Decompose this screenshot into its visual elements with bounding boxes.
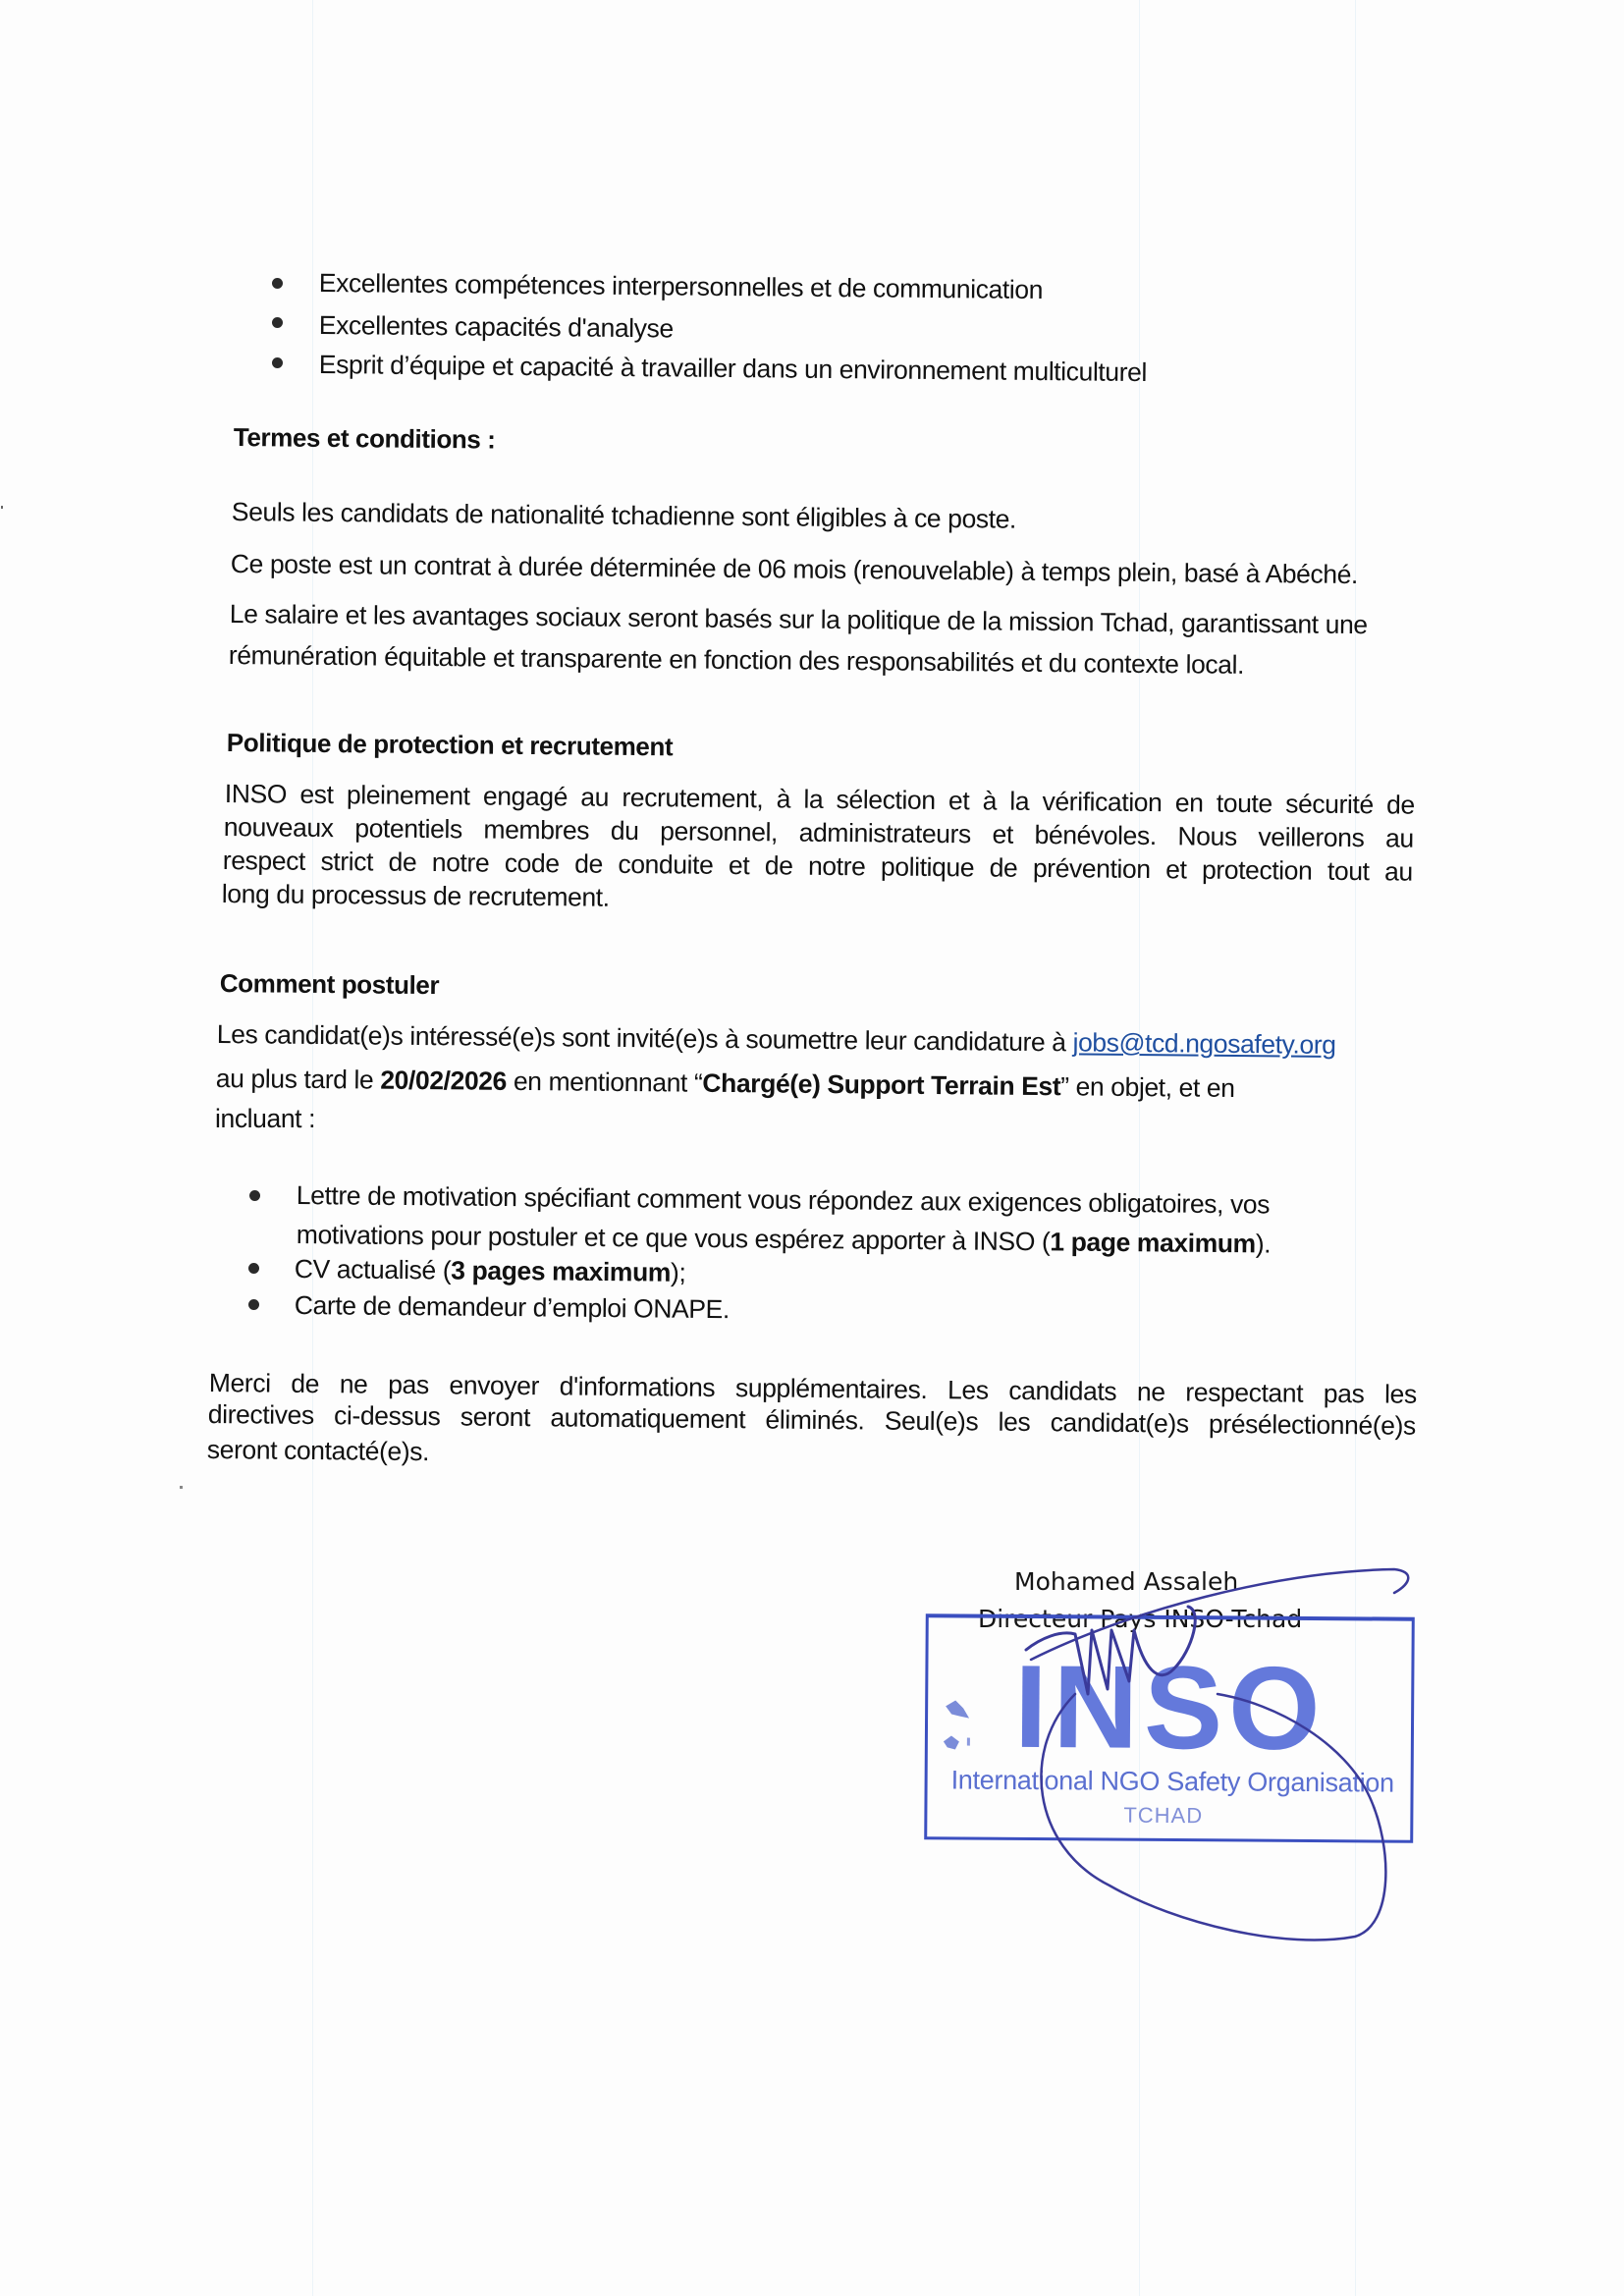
protection-heading: Politique de protection et recrutement (227, 730, 674, 759)
apply-line: Les candidat(e)s intéressé(e)s sont invi… (217, 1021, 1336, 1058)
apply-item: Carte de demandeur d’emploi ONAPE. (295, 1292, 730, 1323)
bullet-icon (249, 1190, 260, 1201)
terms-heading: Termes et conditions : (234, 424, 496, 453)
scan-line (1355, 0, 1356, 2296)
terms-paragraph: rémunération équitable et transparente e… (229, 642, 1244, 678)
bullet-icon (272, 357, 283, 368)
apply-heading: Comment postuler (220, 970, 440, 998)
terms-paragraph: Le salaire et les avantages sociaux sero… (230, 601, 1368, 638)
handwritten-signature-icon (0, 0, 1624, 2296)
closing-paragraph: seront contacté(e)s. (207, 1437, 429, 1465)
apply-item-limit: 3 pages maximum (451, 1256, 671, 1287)
scan-speck (180, 1486, 183, 1489)
apply-line: au plus tard le 20/02/2026 en mentionnan… (216, 1066, 1235, 1101)
terms-paragraph: Ce poste est un contrat à durée détermin… (231, 551, 1358, 588)
apply-item-limit: 1 page maximum (1050, 1227, 1256, 1258)
scan-speck (1, 506, 3, 509)
stamp-organisation: International NGO Safety Organisation (951, 1765, 1394, 1798)
apply-text: au plus tard le (216, 1064, 381, 1095)
apply-item-text: ). (1256, 1229, 1272, 1258)
stamp-ornament-icon (942, 1686, 982, 1765)
apply-item: Lettre de motivation spécifiant comment … (297, 1182, 1270, 1218)
apply-item: CV actualisé (3 pages maximum); (295, 1256, 686, 1285)
signatory-name: Mohamed Assaleh (1014, 1567, 1238, 1596)
protection-paragraph: nouveaux potentiels membres du personnel… (224, 814, 1414, 851)
skills-item: Excellentes capacités d'analyse (319, 312, 674, 342)
skills-item: Excellentes compétences interpersonnelle… (319, 270, 1043, 303)
scan-line (1139, 0, 1140, 2296)
bullet-icon (272, 317, 283, 328)
terms-paragraph: Seuls les candidats de nationalité tchad… (232, 499, 1016, 532)
protection-paragraph: long du processus de recrutement. (222, 881, 610, 910)
email-link[interactable]: jobs@tcd.ngosafety.org (1072, 1027, 1335, 1060)
document-page: Excellentes compétences interpersonnelle… (0, 0, 1624, 2296)
apply-item-text: CV actualisé ( (295, 1254, 452, 1285)
apply-item: motivations pour postuler et ce que vous… (297, 1222, 1272, 1257)
bullet-icon (248, 1299, 259, 1310)
apply-item-text: ); (671, 1258, 686, 1287)
apply-text: Les candidat(e)s intéressé(e)s sont invi… (217, 1019, 1073, 1057)
scan-line (312, 0, 313, 2296)
bullet-icon (248, 1263, 259, 1274)
deadline: 20/02/2026 (380, 1066, 507, 1096)
job-subject: Chargé(e) Support Terrain Est (702, 1068, 1060, 1102)
stamp-logo: INSO (1014, 1648, 1326, 1768)
apply-line: incluant : (215, 1106, 315, 1132)
protection-paragraph: respect strict de notre code de conduite… (223, 847, 1413, 885)
bullet-icon (272, 278, 283, 289)
protection-paragraph: INSO est pleinement engagé au recrutemen… (225, 781, 1415, 818)
skills-item: Esprit d’équipe et capacité à travailler… (319, 352, 1147, 386)
organisation-stamp: INSO International NGO Safety Organisati… (924, 1613, 1415, 1842)
stamp-country: TCHAD (1123, 1803, 1203, 1830)
apply-text: ” en objet, et en (1060, 1071, 1235, 1103)
apply-item-text: motivations pour postuler et ce que vous… (297, 1220, 1051, 1256)
apply-text: en mentionnant “ (507, 1066, 703, 1098)
